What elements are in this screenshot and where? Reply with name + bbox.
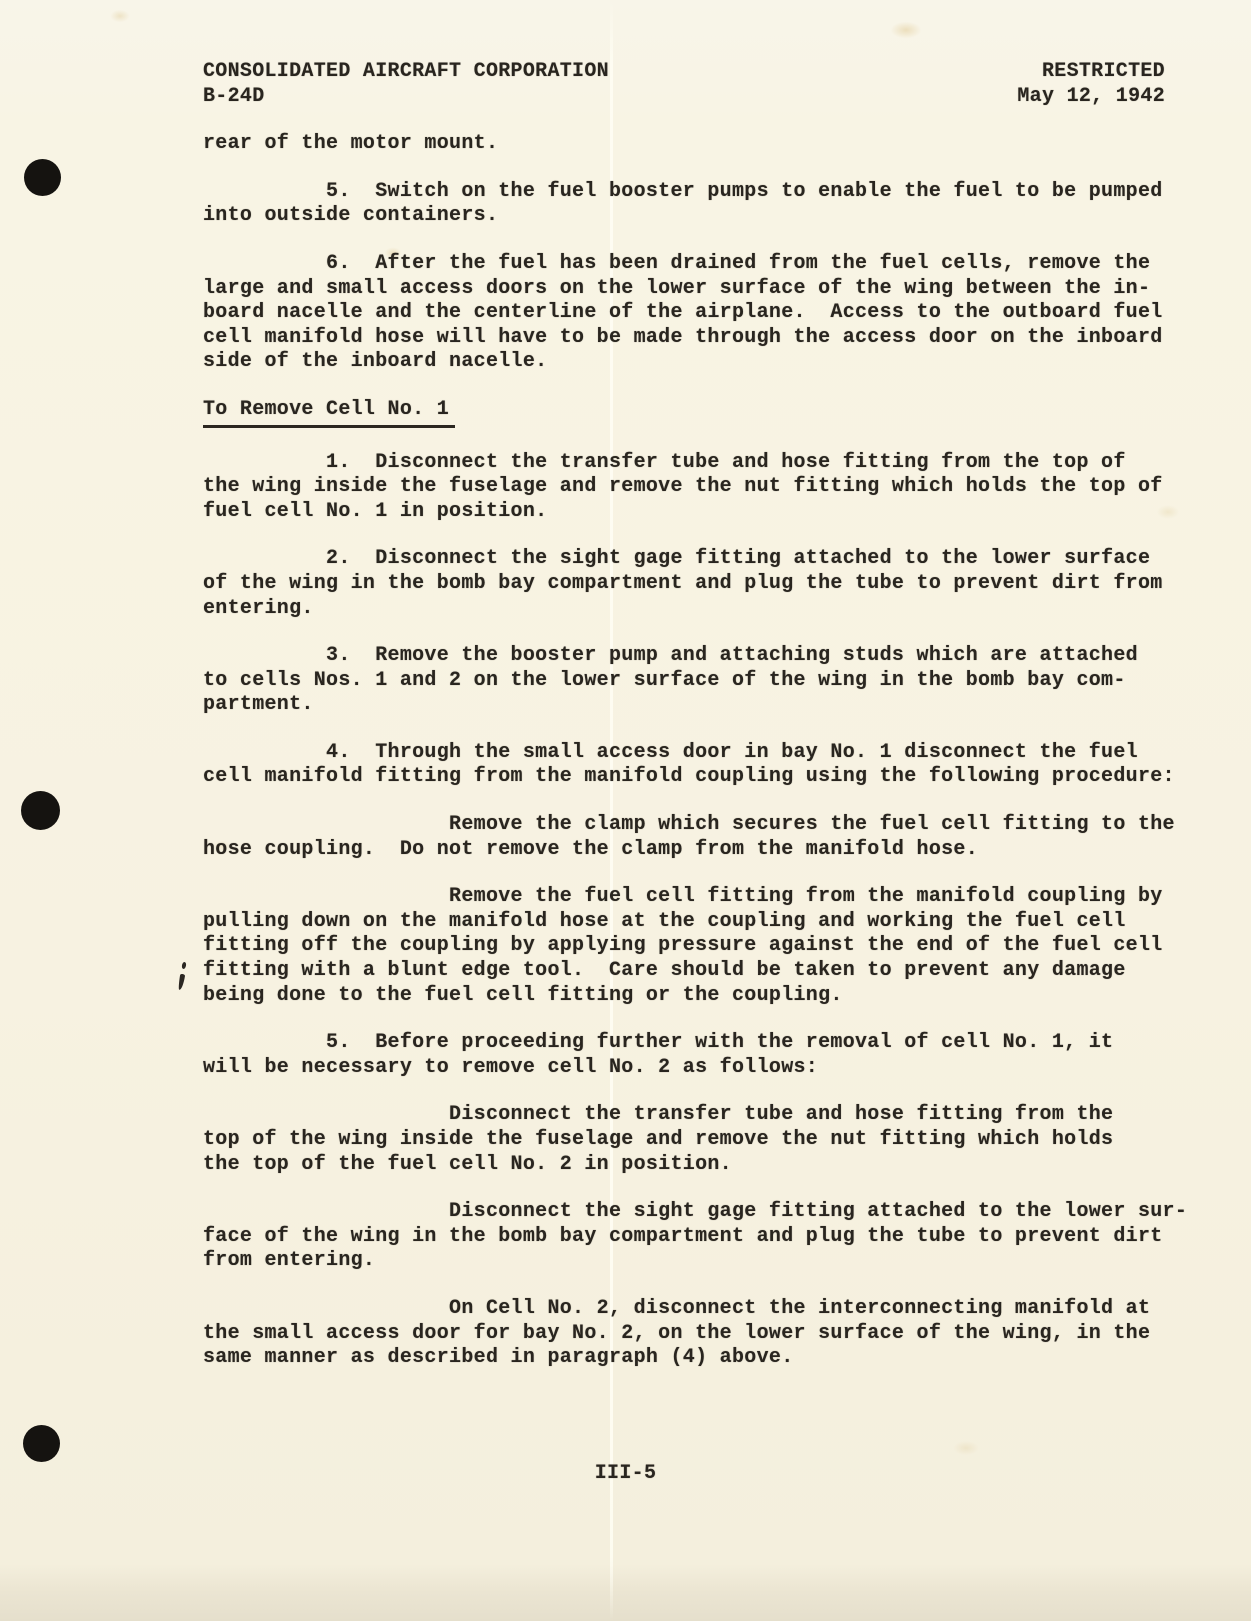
header-right: RESTRICTED May 12, 1942 <box>1017 60 1165 109</box>
para-sub-on-cell-2-manifold: On Cell No. 2, disconnect the interconne… <box>203 1297 1165 1371</box>
company-name: CONSOLIDATED AIRCRAFT CORPORATION <box>203 60 609 85</box>
para-rear-of-motor-mount: rear of the motor mount. <box>203 132 1165 157</box>
para-cell1-step-2-sight-gage: 2. Disconnect the sight gage fitting att… <box>203 547 1165 621</box>
ink-artifact-tail <box>178 974 185 991</box>
section-heading: To Remove Cell No. 1 <box>203 398 455 428</box>
page-content: CONSOLIDATED AIRCRAFT CORPORATION B-24D … <box>203 60 1165 1394</box>
para-cell1-step-4-manifold: 4. Through the small access door in bay … <box>203 741 1165 790</box>
para-sub-disconnect-transfer-tube: Disconnect the transfer tube and hose fi… <box>203 1103 1165 1177</box>
section-heading-row: To Remove Cell No. 1 <box>203 398 1165 428</box>
hole-punch-middle <box>21 791 60 830</box>
header-left: CONSOLIDATED AIRCRAFT CORPORATION B-24D <box>203 60 609 109</box>
para-sub-remove-clamp: Remove the clamp which secures the fuel … <box>203 813 1165 862</box>
para-step-6-access-doors: 6. After the fuel has been drained from … <box>203 252 1165 375</box>
para-cell1-step-5-remove-cell-2: 5. Before proceeding further with the re… <box>203 1031 1165 1080</box>
para-sub-remove-fuel-cell-fitting: Remove the fuel cell fitting from the ma… <box>203 885 1165 1008</box>
ink-artifact-dot <box>181 962 186 970</box>
para-sub-disconnect-sight-gage: Disconnect the sight gage fitting attach… <box>203 1200 1165 1274</box>
para-cell1-step-3-booster-pump: 3. Remove the booster pump and attaching… <box>203 644 1165 718</box>
para-step-5-booster-pumps: 5. Switch on the fuel booster pumps to e… <box>203 180 1165 229</box>
para-cell1-step-1-transfer-tube: 1. Disconnect the transfer tube and hose… <box>203 451 1165 525</box>
aircraft-model: B-24D <box>203 85 609 110</box>
hole-punch-bottom <box>23 1425 60 1462</box>
document-date: May 12, 1942 <box>1017 85 1165 110</box>
page-number: III-5 <box>0 1462 1251 1487</box>
hole-punch-top <box>24 159 61 196</box>
page-header: CONSOLIDATED AIRCRAFT CORPORATION B-24D … <box>203 60 1165 109</box>
scanned-manual-page: CONSOLIDATED AIRCRAFT CORPORATION B-24D … <box>0 0 1251 1621</box>
classification-label: RESTRICTED <box>1017 60 1165 85</box>
